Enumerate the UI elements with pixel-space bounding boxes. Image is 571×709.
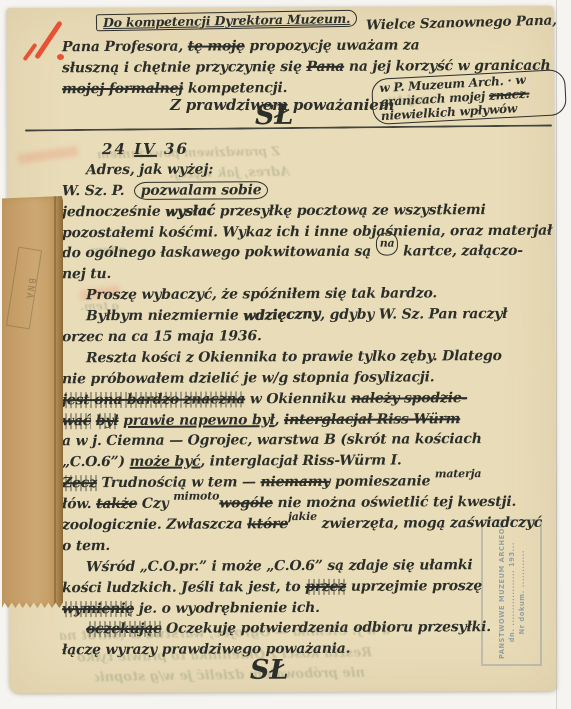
handwriting-segment: wogóle [219, 495, 273, 511]
handwriting-segment: „C.O.6”) [62, 454, 130, 470]
red-mark-dot [57, 54, 64, 60]
handwriting-segment: 36 [157, 140, 189, 158]
handwriting-segment: niemamy [260, 474, 330, 490]
handwriting-segment: może być [130, 454, 201, 470]
handwriting-segment: należy spodzie- [351, 390, 467, 407]
handwriting-segment: IV [134, 140, 157, 158]
handwriting-segment: Pana [306, 59, 344, 75]
handwriting-segment: , [275, 412, 284, 428]
handwriting-segment: także [96, 496, 137, 512]
handwriting-line: nej tu. [62, 262, 552, 285]
handwriting-segment: pozostałemi kośćmi. Wykaz ich i inne obj… [62, 222, 552, 241]
handwriting-segment: do ogólnego łaskawego pokwitowania są [62, 244, 376, 262]
handwriting-segment: propozycję uważam za [245, 37, 420, 54]
handwriting-segment: był [96, 413, 119, 429]
handwriting-segment: Wśród „C.O.pr.” i może „C.O.6” są zdaje … [86, 557, 473, 575]
handwriting-segment: kartce, załączo- [398, 243, 522, 260]
handwriting-segment: orzec na ca 15 maja 1936. [62, 328, 262, 345]
binding-strip: BNA [2, 196, 63, 608]
handwriting-segment: łączę wyrazy prawdziwego poważania. [62, 641, 350, 659]
handwriting-line: łączę wyrazy prawdziwego poważania. [62, 638, 552, 661]
handwriting-segment: przez [305, 578, 346, 594]
handwriting-segment: Adres, jak wyżej: [86, 161, 213, 178]
handwriting-segment: pozwalam sobie [134, 181, 269, 200]
red-crayon-mark [22, 16, 74, 64]
handwriting-line: orzec na ca 15 maja 1936. [62, 325, 552, 348]
handwriting-segment: zoologicznie. Zwłaszcza [62, 516, 247, 533]
handwriting-line: Byłbym niezmiernie wdzięczny, gdyby W. S… [86, 304, 552, 327]
handwriting-segment: oczekując [86, 621, 162, 637]
handwriting-line: Proszę wybaczyć, że spóźniłem się tak ba… [86, 283, 552, 306]
red-mark-tick [23, 43, 38, 62]
handwriting-segment: Byłbym niezmiernie [86, 308, 243, 325]
letter-body-block: 24 IV 36Adres, jak wyżej:W. Sz. P. pozwa… [62, 138, 552, 684]
handwriting-segment: Proszę wybaczyć, że spóźniłem się tak ba… [86, 286, 437, 304]
handwriting-segment: , gdyby W. Sz. Pan raczył [320, 306, 507, 323]
handwriting-segment: zwierzęta, mogą zaświadczyć [317, 515, 542, 532]
handwriting-line: do ogólnego łaskawego pokwitowania są na… [62, 241, 552, 264]
handwriting-segment: łów. [62, 496, 96, 512]
handwriting-segment: znacz. [489, 87, 530, 103]
handwriting-line: Reszta kości z Okiennika to prawie tylko… [86, 346, 552, 369]
scanned-letter-screenshot: { "document_language": "Polish", "colors… [0, 0, 571, 709]
handwriting-segment: nej tu. [62, 266, 111, 282]
handwriting-segment: pomieszanie [330, 474, 435, 491]
handwriting-segment: kości ludzkich. Jeśli tak jest, to [62, 579, 305, 596]
handwriting-segment: wdzięczny [243, 304, 321, 327]
handwriting-segment: przesyłkę pocztową ze wszystkiemi [215, 202, 486, 219]
handwriting-segment: wymienię [62, 600, 134, 616]
handwriting-segment: w Okienniku [245, 390, 351, 407]
handwriting-segment: jednocześnie [62, 203, 165, 220]
handwriting-segment: Zecz [62, 475, 97, 491]
handwriting-segment: jest ona bardzo znaczna [62, 391, 245, 408]
handwriting-line: jednocześnie wysłać przesyłkę pocztową z… [62, 199, 552, 222]
handwriting-segment: jakie [288, 507, 317, 528]
handwriting-segment: Pana Profesora, [62, 39, 188, 56]
handwriting-line: kości ludzkich. Jeśli tak jest, to przez… [62, 575, 552, 598]
handwriting-line: Adres, jak wyżej: [86, 158, 552, 181]
handwriting-line: 24 IV 36 [102, 137, 552, 160]
header-signature-monogram: SŁ [255, 100, 293, 131]
handwriting-line: SŁ [250, 659, 552, 685]
strip-faint-stamp: BNA [6, 247, 42, 330]
handwriting-line: o tem. [62, 534, 552, 557]
handwriting-segment: Czy [137, 496, 173, 512]
handwriting-line: W. Sz. P. pozwalam sobie [62, 178, 552, 201]
handwriting-segment: Reszta kości z Okiennika to prawie tylko… [86, 348, 502, 366]
handwriting-segment: które [247, 516, 288, 532]
handwriting-segment: 24 [102, 140, 134, 158]
handwriting-line: w P. Muzeum Arch. · w granicach mojej zn… [379, 71, 559, 123]
handwriting-line: nie próbowałem dzielić je w/g stopnia fo… [62, 367, 552, 390]
handwriting-segment: wysłać [165, 201, 215, 223]
handwriting-line: zoologicznie. Zwłaszcza którejakie zwier… [62, 513, 552, 536]
handwriting-segment: tę moję [188, 38, 245, 54]
handwriting-segment: uprzejmie proszę [346, 578, 482, 595]
handwriting-segment: materja [435, 464, 481, 485]
handwriting-segment: W. Sz. P. [62, 183, 134, 199]
handwriting-segment: mimoto [173, 487, 219, 508]
handwriting-segment: o tem. [62, 538, 110, 554]
handwriting-segment: Oczekuję potwierdzenia odbioru przesyłki… [161, 620, 491, 638]
handwriting-segment: kompetencji. [183, 80, 287, 97]
handwriting-segment: na [376, 233, 399, 256]
handwriting-segment: nie próbowałem dzielić je w/g stopnia fo… [62, 369, 435, 387]
handwriting-segment: interglacjał Riss-Würm [284, 411, 460, 428]
handwriting-line: Wśród „C.O.pr.” i może „C.O.6” są zdaje … [86, 555, 552, 578]
handwriting-segment: słuszną i chętnie przyczynię się [62, 59, 307, 76]
handwriting-line: Zecz Trudnością w tem — niemamy pomiesza… [62, 471, 552, 494]
handwriting-segment: , interglacjał Riss-Würm I. [200, 453, 401, 470]
handwriting-line: jest ona bardzo znaczna w Okienniku nale… [62, 387, 552, 410]
handwriting-segment: a w j. Ciemna — Ogrojec, warstwa B (skró… [62, 432, 482, 450]
handwriting-segment: prawie napewno był [123, 412, 275, 429]
handwriting-segment: wać [62, 413, 91, 429]
strip-fold-line [54, 196, 56, 608]
handwriting-segment: SŁ [250, 655, 288, 686]
handwriting-line: Pana Profesora, tę moję propozycję uważa… [62, 35, 551, 58]
handwriting-segment: mojej formalnej [62, 80, 183, 97]
handwriting-segment: je. o wyodrębnienie ich. [134, 600, 320, 617]
